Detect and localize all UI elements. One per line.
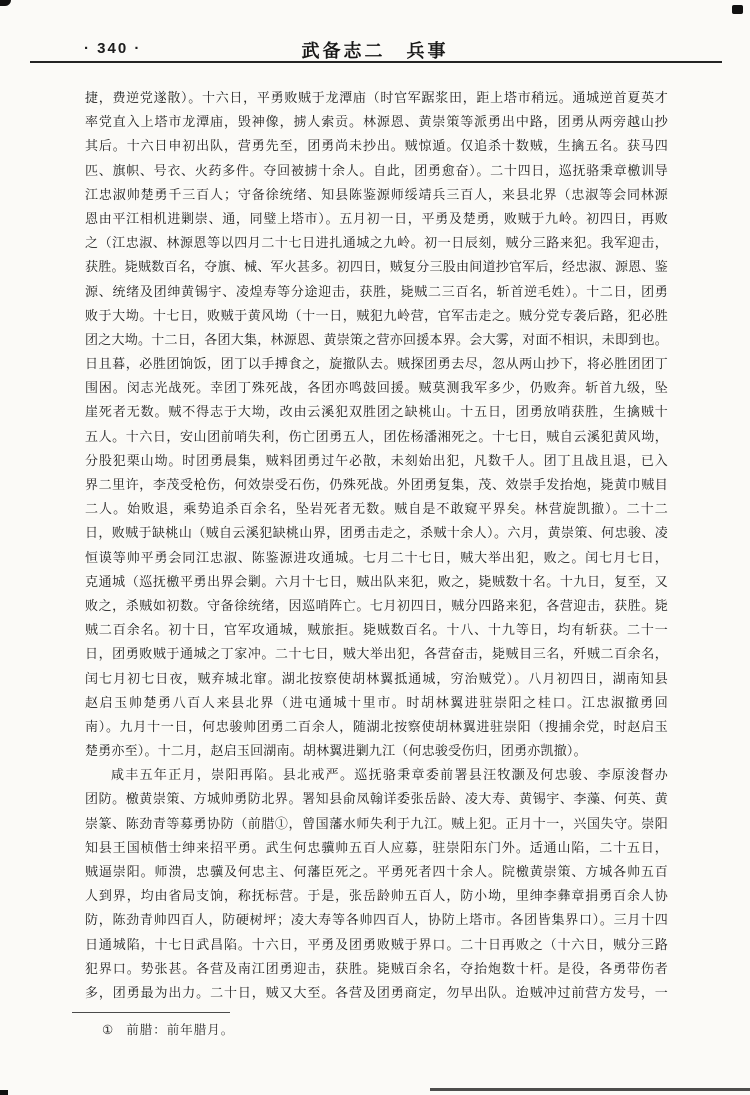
text-line: 败之，杀贼如初数。守备徐统绪，因巡哨阵亡。七月初四日，贼分四路来犯，各营迎击，获… [85, 594, 668, 618]
text-line: 败于大坳。十七日，败贼于黄风坳（十一日，贼犯九岭营，官军击走之。贼分党专袭后路，… [85, 304, 668, 328]
text-line: 楚勇亦至）。十二月，赵启玉回湖南。胡林翼进剿九江（何忠骏受伤归，团勇亦凯撤）。 [85, 739, 668, 763]
text-line: 获胜。毙贼数百名，夺旗、械、军火甚多。初四日，贼复分三股由间道抄官军后，经忠淑、… [85, 255, 668, 279]
text-line: 南）。九月十一日，何忠骏帅团勇二百余人，随湖北按察使胡林翼进驻崇阳（搜捕余党，时… [85, 715, 668, 739]
text-line: 二人。始败退，乘势追杀百余名，坠岩死者无数。贼自是不敢窥平界矣。林营旋凯撤）。二… [85, 497, 668, 521]
text-line: 贼二百余名。初十日，官军攻通城，贼旅拒。毙贼数百名。十八、十九等日，均有斩获。二… [85, 618, 668, 642]
text-line: 日且暮，必胜团饷饭，团丁以手搏食之，旋撤队去。贼探团勇去尽，忽从两山抄下，将必胜… [85, 352, 668, 376]
text-line: 日，败贼于缺桃山（贼自云溪犯缺桃山界，团勇击走之，杀贼十余人）。六月，黄崇策、何… [85, 521, 668, 545]
scan-artifact-bottom [430, 1088, 750, 1091]
header-divider [30, 61, 722, 63]
text-line: 赵启玉帅楚勇八百人来县北界（进屯通城十里市。时胡林翼进驻崇阳之桂口。江忠淑撤勇回 [85, 691, 668, 715]
text-line: 日通城陷，十七日武昌陷。十六日，平勇及团勇败贼于界口。二十日再败之（十六日，贼分… [85, 933, 668, 957]
text-line: 其后。十六日申初出队，营勇先至，团勇尚未抄出。贼惊遁。仅追杀十数贼，生擒五名。获… [85, 134, 668, 158]
footnote-divider [72, 1012, 230, 1013]
text-line: 围困。闵志光战死。幸团丁殊死战，各团亦鸣鼓回援。贼莫测我军多少，仍败奔。斩首九级… [85, 376, 668, 400]
footnote-line: ①前腊：前年腊月。 [72, 1020, 632, 1038]
text-line: 恒谟等帅平勇会同江忠淑、陈鉴源进攻通城。七月二十七日，贼大举出犯，败之。闰七月七… [85, 546, 668, 570]
body-text: 捷，费逆党遂散）。十六日，平勇败贼于龙潭庙（时官军踞浆田，距上塔市稍远。通城逆首… [85, 86, 668, 1005]
text-line: 多，团勇最为出力。二十日，贼又大至。各营及团勇商定，勿早出队。迨贼冲过前营方发号… [85, 981, 668, 1005]
text-line: 团防。檄黄崇策、方城帅勇防北界。署知县俞凤翰详委张岳龄、凌大寿、黄锡宇、李藻、何… [85, 787, 668, 811]
text-line: 崇篆、陈劲青等募勇协防（前腊①，曾国藩水师失利于九江。贼上犯。正月十一，兴国失守… [85, 812, 668, 836]
text-line: 分股犯栗山坳。时团勇晨集，贼料团勇过午必散，未刻始出犯，凡数千人。团丁且战且退，… [85, 449, 668, 473]
scanned-page: · 340 · 武备志二 兵事 捷，费逆党遂散）。十六日，平勇败贼于龙潭庙（时官… [0, 0, 750, 1095]
text-line: 防，陈劲青帅四百人，防硬树坪；凌大寿等各帅四百人，协防上塔市。各团皆集界口）。三… [85, 908, 668, 932]
text-line: 之（江忠淑、林源恩等以四月二十七日进扎通城之九岭。初一日辰刻，贼分三路来犯。我军… [85, 231, 668, 255]
footnote-text: 前腊：前年腊月。 [126, 1023, 234, 1037]
text-line: 贼逼崇阳。师溃，忠骥及何忠主、何藩臣死之。平勇死者四十余人。院檄黄崇策、方城各帅… [85, 860, 668, 884]
text-line: 崖死者无数。贼不得志于大坳，改由云溪犯双胜团之缺桃山。十五日，团勇放哨获胜，生擒… [85, 400, 668, 424]
text-line: 团之大坳。十二日，各团大集，林源恩、黄崇策之营亦回援本界。会大雾，对面不相识，未… [85, 328, 668, 352]
text-line: 江忠淑帅楚勇千三百人；守备徐统绪、知县陈鉴源师绥靖兵三百人，来县北界（忠淑等会同… [85, 183, 668, 207]
text-line: 闰七月初七日夜，贼弃城北窜。湖北按察使胡林翼抵通城，穷治贼党）。八月初四日，湖南… [85, 667, 668, 691]
footnote: ①前腊：前年腊月。 [72, 1012, 632, 1038]
text-line: 日，团勇败贼于通城之丁家冲。二十七日，贼大举出犯，各营奋击，毙贼目三名，歼贼二百… [85, 642, 668, 666]
scan-artifact-bottom-left [0, 1090, 8, 1095]
text-line: 咸丰五年正月，崇阳再陷。县北戒严。巡抚骆秉章委前署县汪牧灏及何忠骏、李原浚督办 [85, 763, 668, 787]
text-line: 克通城（巡抚檄平勇出界会剿。六月十七日，贼出队来犯，败之，毙贼数十名。十九日，复… [85, 570, 668, 594]
text-line: 五人。十六日，安山团前哨失利，伤亡团勇五人，团佐杨潘湘死之。十七日，贼自云溪犯黄… [85, 425, 668, 449]
text-line: 界二里许，李茂受枪伤，何效崇受石伤，仍殊死战。外团勇复集，茂、效崇手发抬炮，毙黄… [85, 473, 668, 497]
scan-artifact-top-left [0, 0, 11, 6]
text-line: 恩由平江相机进剿崇、通，同璧上塔市）。五月初一日，平勇及楚勇，败贼于九岭。初四日… [85, 207, 668, 231]
text-line: 匹、旗帜、号衣、火药多件。夺回被掳十余人。自此，团勇愈奋）。二十四日，巡抚骆秉章… [85, 159, 668, 183]
text-line: 知县王国桢偕士绅来招平勇。武生何忠骥帅五百人应募，驻崇阳东门外。适通山陷，二十五… [85, 836, 668, 860]
text-line: 人到界，均由省局支饷，称抚标营。于是，张岳龄帅五百人，防小坳，里绅李彝章捐勇百余… [85, 884, 668, 908]
text-line: 捷，费逆党遂散）。十六日，平勇败贼于龙潭庙（时官军踞浆田，距上塔市稍远。通城逆首… [85, 86, 668, 110]
text-line: 源、统绪及团绅黄锡宇、凌煌寿等分途迎击，获胜，毙贼二三百名，斩首逆毛姓）。十二日… [85, 280, 668, 304]
footnote-marker: ① [102, 1023, 114, 1037]
page-title: 武备志二 兵事 [0, 37, 750, 63]
text-line: 率党直入上塔市龙潭庙，毁神像，掳人索贡。林源恩、黄崇策等派勇出中路，团勇从两旁越… [85, 110, 668, 134]
scan-artifact-top-right [732, 5, 743, 14]
text-line: 犯界口。势张甚。各营及南江团勇迎击，获胜。毙贼百余名，夺抬炮数十杆。是役，各勇带… [85, 957, 668, 981]
